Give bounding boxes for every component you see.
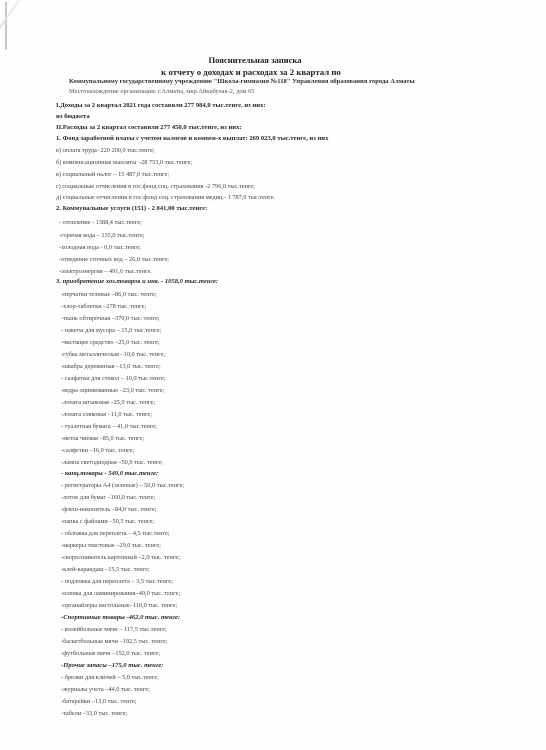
report-line: - волейбольные мячи – 117,5 тыс.тенге; [61, 627, 167, 633]
report-line: из бюджета [56, 114, 90, 121]
report-line: -ведра оцинкованные –23,0 тыс. тенге; [61, 388, 164, 394]
report-line: -губка металлическая –10,0 тыс. тенге; [61, 352, 165, 358]
report-line: I.Доходы за 2 квартал 2021 года составил… [56, 103, 266, 110]
report-line: - отопление - 1388,4 тыс.тенге; [59, 220, 142, 226]
report-line: 1. Фонд заработной платы с учетом налого… [56, 136, 328, 143]
report-line: -ткань обтирочная –370,0 тыс. тенге; [61, 316, 160, 322]
report-line: -баскетбольные мячи –192,5 тыс. тенге; [61, 639, 167, 645]
report-line: -салфетки –16,0 тыс. тенге; [61, 448, 134, 454]
report-line: -холодная вода - 0,0 тыс.тенге; [59, 245, 141, 251]
report-line: -футбольные мячи –152,0 тыс. тенге; [61, 651, 160, 657]
document-subtitle: к отчету о доходах и расходах за 2 кварт… [0, 67, 524, 77]
report-line: -табели –33,0 тыс. тенге; [61, 711, 127, 717]
report-line: -хлор-таблетки –278 тыс. тенге; [61, 304, 146, 310]
report-line: -швабра деревянная –13,0 тыс. тенге; [61, 364, 161, 370]
report-line: 2. Коммунальные услуги (151) - 2 041,00 … [56, 206, 207, 213]
report-line: -клей-карандаш –15,5 тыс. тенге; [61, 567, 150, 573]
report-line: - подложка для переплета – 3,5 тыс.тенге… [61, 579, 173, 585]
document-title: Пояснительная записка [0, 55, 528, 65]
report-line: -перчатки телевые –86,0 тыс. тенге; [61, 292, 157, 298]
report-line: - пакеты для мусора – 15,0 тыс.тенге; [61, 328, 161, 334]
scanned-document-page: Пояснительная записка к отчету о доходах… [0, 0, 546, 750]
organization-name: Коммунальному государственному учреждени… [69, 78, 415, 85]
report-line: -папка с файлами –50,5 тыс. тенге; [61, 519, 154, 525]
report-line: б) компенсационные выплаты –28 753,0 тыс… [56, 160, 192, 166]
organization-location: Местонахождение организации: г.Алматы, м… [69, 88, 254, 95]
report-line: -скоросшиватель картонный –2,0 тыс. тенг… [61, 555, 180, 561]
report-line: -органайзеры настольные–110,0 тыс. тенге… [61, 603, 177, 609]
report-line: -маркеры текстовые –29,0 тыс. тенге; [61, 543, 161, 549]
report-line: - салфетки для стекол – 10,0 тыс.тенге; [61, 376, 165, 382]
report-line: -Спортивные товары -462,0 тыс. тенге: [61, 615, 180, 622]
report-line: II.Расходы за 2 квартал составили 277 45… [56, 125, 242, 132]
report-line: в) социальный налог – 15 487,0 тыс.тенге… [56, 172, 169, 178]
report-line: -батарейки –13,0 тыс. тенге; [61, 699, 137, 705]
report-line: -отведение сточных вод – 26,0 тыс.тенге; [59, 257, 169, 263]
report-line: -Прочие запасы –175,0 тыс. тенге: [61, 663, 163, 670]
report-line: -лампа светодиодная –50,0 тыс. тенге; [61, 460, 163, 466]
report-line: -пленка для ламинирования–40,0 тыс. тенг… [61, 591, 180, 597]
scan-artifact-diagonal [0, 0, 20, 50]
report-line: -журналы учета –44,0 тыс. тенге; [61, 687, 150, 693]
report-line: -флеш-накопитель –84,0 тыс. тенге; [61, 507, 156, 513]
report-line: - регистраторы А4 (зеленые) – 50,0 тыс.т… [61, 483, 184, 489]
report-line: - обложка для переплета – 4,5 тыс.тенге; [61, 531, 170, 537]
report-line: - туалетная бумага – 41,0 тыс.тенге; [61, 424, 157, 430]
report-line: -чистящее средство –25,0 тыс. тенге; [61, 340, 160, 346]
report-line: - брелки для ключей – 5,0 тыс.тенге; [61, 675, 159, 681]
report-line: в) оплата труда- 220 200,0 тыс.тенге; [56, 148, 155, 154]
report-line: -лопата штыковая –25,0 тыс. тенге; [61, 400, 155, 406]
report-line: -электроэнергия – 491,6 тыс.тенге. [59, 269, 152, 275]
report-line: 3. приобретение хоз.товаров и инв. - 105… [56, 279, 218, 286]
report-line: -лоток для бумаг –160,0 тыс. тенге; [61, 495, 155, 501]
scan-artifact [5, 2, 7, 50]
report-line: -метла чиевая –85,0 тыс. тенге; [61, 436, 144, 442]
report-line: - канц.товары - 549,0 тыс.тенге: [61, 471, 158, 478]
report-line: -горячая вода – 135,0 тыс.тенге; [59, 233, 144, 239]
report-line: д) социальные отчисления в гос.фонд соц.… [56, 195, 275, 201]
report-line: г) социальные отчисления в гос.фонд соц.… [56, 184, 255, 190]
report-line: -лопата совковая –11,0 тыс. тенге; [61, 412, 152, 418]
